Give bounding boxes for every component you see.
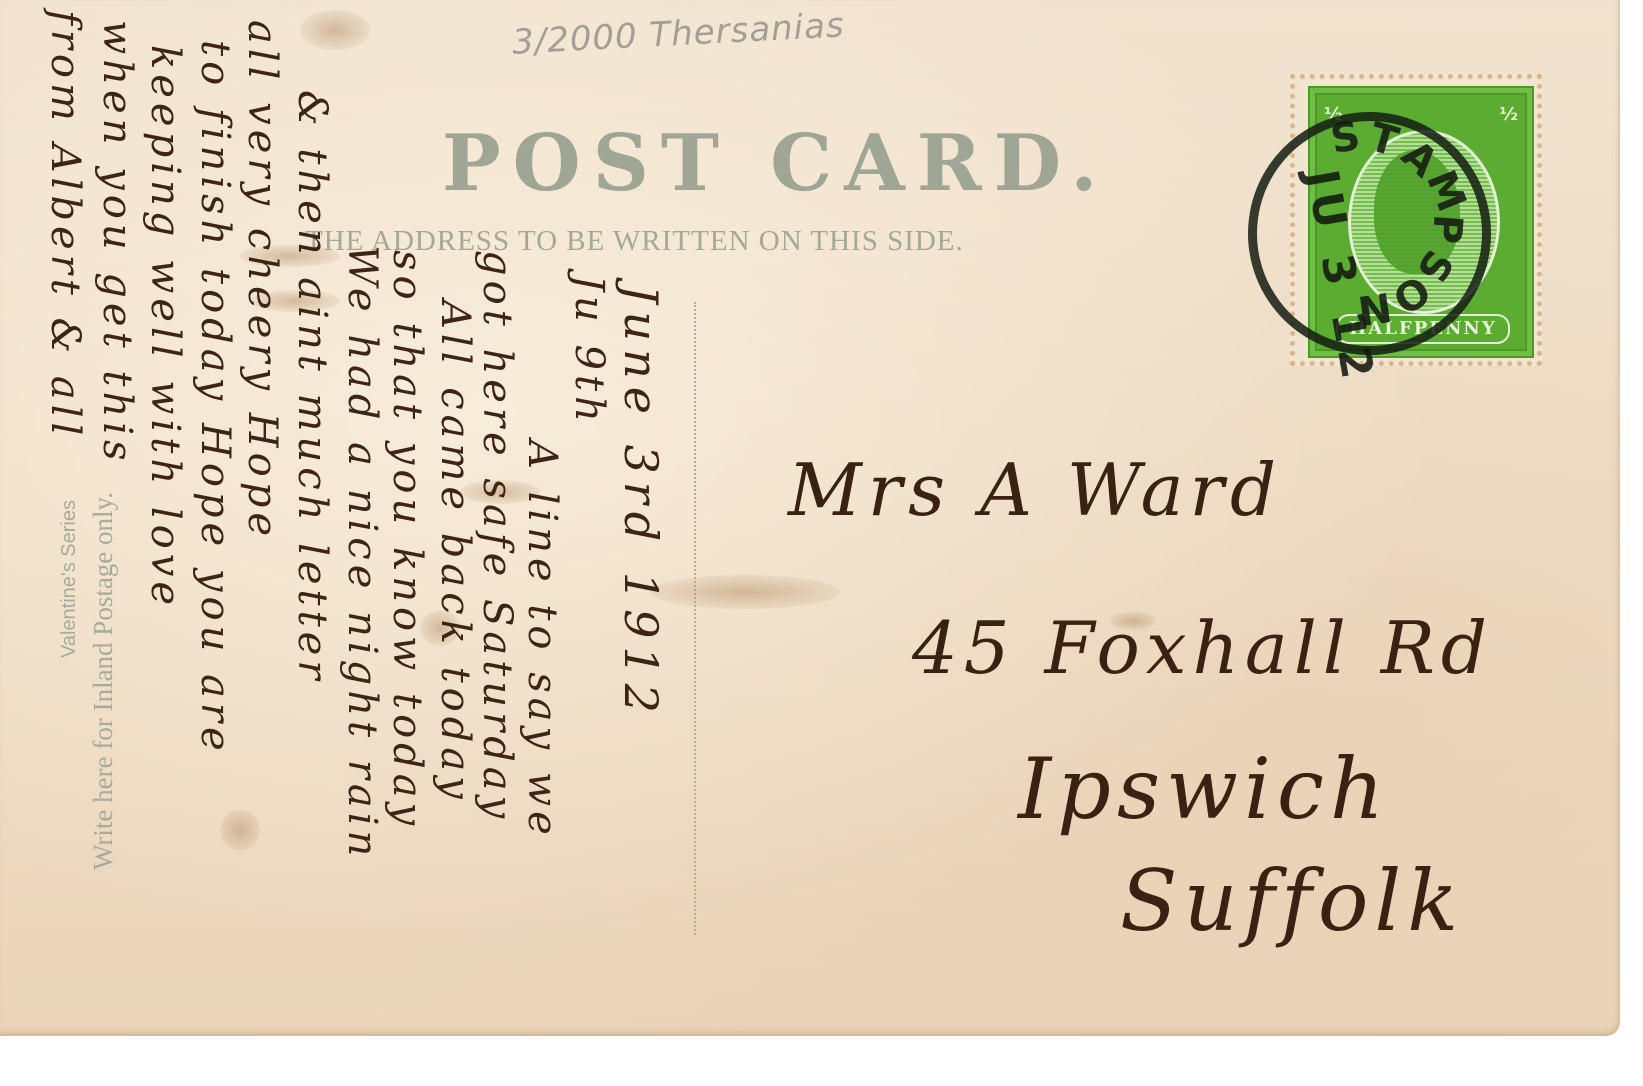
message-line: Ju 9th <box>566 275 612 427</box>
message-line: so that you know today <box>384 250 430 830</box>
recipient-county: Suffolk <box>1120 852 1464 950</box>
message-line: all very cheery Hope <box>239 20 285 541</box>
pencil-note: 3/2000 Thersanias <box>511 5 845 62</box>
message-address-divider <box>694 302 696 935</box>
recipient-town: Ipswich <box>1018 740 1390 838</box>
postmark-letter: P <box>1422 213 1470 245</box>
stamp-fraction-right: ½ <box>1499 104 1518 125</box>
message-line: All came back today <box>432 300 478 804</box>
message-line: & then aint much letter <box>289 90 335 684</box>
message-line: keeping well with love <box>142 45 188 610</box>
message-line: to finish today Hope you are <box>192 40 238 756</box>
publisher-imprint: Valentine's Series <box>58 500 81 658</box>
recipient-street: 45 Foxhall Rd <box>912 606 1493 690</box>
inland-postage-note: Write here for Inland Postage only. <box>88 492 119 870</box>
recipient-name: Mrs A Ward <box>788 448 1282 532</box>
stain <box>220 810 260 850</box>
message-date: June 3rd 1912 <box>614 285 668 721</box>
message-line: A line to say we <box>519 440 565 840</box>
stain <box>650 575 840 609</box>
postcard-back: 3/2000 Thersanias POST CARD. THE ADDRESS… <box>0 0 1620 1036</box>
stain <box>300 10 370 50</box>
message-line: when you get this <box>94 20 140 466</box>
message-line: from Albert & all <box>42 10 88 440</box>
postcard-title: POST CARD. <box>442 118 1110 209</box>
message-line: got here safe Saturday <box>474 250 520 823</box>
message-line: We had a nice night rain <box>339 245 385 861</box>
